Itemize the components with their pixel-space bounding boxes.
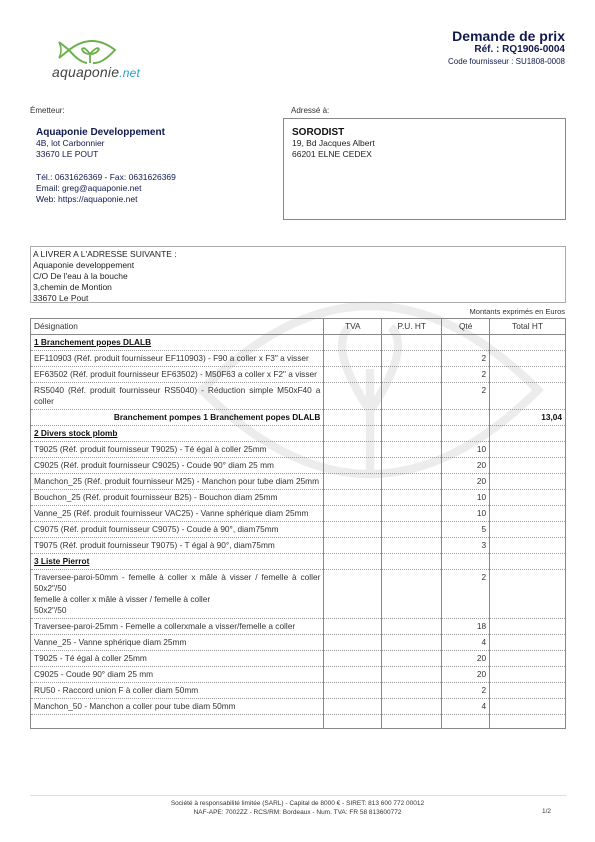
- cell-total: [490, 335, 566, 351]
- table-row: T9025 (Réf. produit fournisseur T9025) -…: [31, 442, 566, 458]
- cell-tva: [324, 383, 382, 410]
- recipient-block: SORODIST 19, Bd Jacques Albert 66201 ELN…: [283, 118, 566, 220]
- cell-qty: 10: [442, 442, 490, 458]
- cell-designation: C9075 (Réf. produit fournisseur C9075) -…: [31, 522, 324, 538]
- cell-total: [490, 351, 566, 367]
- cell-total: [490, 367, 566, 383]
- cell-total: [490, 651, 566, 667]
- cell-qty: 10: [442, 506, 490, 522]
- cell-tva: [324, 367, 382, 383]
- cell-tva: [324, 474, 382, 490]
- cell-tva: [324, 651, 382, 667]
- cell-pu: [382, 367, 442, 383]
- cell-tva: [324, 522, 382, 538]
- cell-qty: 3: [442, 538, 490, 554]
- sender-address1: 4B, lot Carbonnier: [36, 138, 278, 149]
- cell-designation: 2 Divers stock plomb: [31, 426, 324, 442]
- table-row: T9075 (Réf. produit fournisseur T9075) -…: [31, 538, 566, 554]
- sender-web: Web: https://aquaponie.net: [36, 194, 278, 205]
- cell-tva: [324, 554, 382, 570]
- cell-qty: 10: [442, 490, 490, 506]
- recipient-address1: 19, Bd Jacques Albert: [292, 138, 565, 149]
- cell-tva: [324, 426, 382, 442]
- cell-designation: EF63502 (Réf. produit fournisseur EF6350…: [31, 367, 324, 383]
- section-row: 2 Divers stock plomb: [31, 426, 566, 442]
- logo-wordmark: aquaponie.net: [52, 64, 140, 80]
- document-reference: Réf. : RQ1906-0004: [474, 44, 565, 55]
- cell-qty: [442, 410, 490, 426]
- cell-qty: 4: [442, 635, 490, 651]
- cell-tva: [324, 667, 382, 683]
- currency-note: Montants exprimés en Euros: [470, 307, 565, 316]
- footer-legal: Société à responsabilité limitée (SARL) …: [0, 799, 595, 817]
- cell-pu: [382, 683, 442, 699]
- cell-tva: [324, 619, 382, 635]
- cell-designation: Traversee-paroi-25mm - Femelle a collerx…: [31, 619, 324, 635]
- cell-tva: [324, 458, 382, 474]
- cell-tva: [324, 351, 382, 367]
- cell-tva: [324, 570, 382, 619]
- cell-pu: [382, 383, 442, 410]
- cell-qty: 18: [442, 619, 490, 635]
- cell-total: [490, 619, 566, 635]
- table-header-row: Désignation TVA P.U. HT Qté Total HT: [31, 319, 566, 335]
- document-title: Demande de prix: [452, 28, 565, 44]
- cell-tva: [324, 506, 382, 522]
- cell-total: [490, 683, 566, 699]
- delivery-line: Aquaponie developpement: [33, 260, 565, 271]
- footer-line1: Société à responsabilité limitée (SARL) …: [0, 799, 595, 808]
- cell-pu: [382, 538, 442, 554]
- cell-total: [490, 506, 566, 522]
- designation-text: Traversee-paroi-50mm - femelle à coller …: [34, 572, 320, 594]
- table-row: RS5040 (Réf. produit fournisseur RS5040)…: [31, 383, 566, 410]
- cell-designation: RS5040 (Réf. produit fournisseur RS5040)…: [31, 383, 324, 410]
- cell-tva: [324, 699, 382, 715]
- cell-tva: [324, 410, 382, 426]
- cell-pu: [382, 426, 442, 442]
- designation-extra-line: 50x2"/50: [34, 605, 320, 616]
- sender-label: Émetteur:: [30, 106, 65, 115]
- table-row: Vanne_25 (Réf. produit fournisseur VAC25…: [31, 506, 566, 522]
- cell-pu: [382, 335, 442, 351]
- header-pu: P.U. HT: [382, 319, 442, 335]
- cell-total: [490, 458, 566, 474]
- recipient-label: Adressé à:: [291, 106, 329, 115]
- footer-divider: [30, 795, 566, 796]
- supplier-code: Code fournisseur : SU1808-0008: [448, 57, 565, 66]
- cell-pu: [382, 699, 442, 715]
- table-row: Manchon_50 - Manchon a coller pour tube …: [31, 699, 566, 715]
- table-row: Manchon_25 (Réf. produit fournisseur M25…: [31, 474, 566, 490]
- delivery-line: 33670 Le Pout: [33, 293, 565, 304]
- cell-designation: Manchon_50 - Manchon a coller pour tube …: [31, 699, 324, 715]
- table-row: C9025 - Coude 90° diam 25 mm20: [31, 667, 566, 683]
- table-row: T9025 - Té égal à coller 25mm20: [31, 651, 566, 667]
- cell-designation: Vanne_25 (Réf. produit fournisseur VAC25…: [31, 506, 324, 522]
- sender-email: Email: greg@aquaponie.net: [36, 183, 278, 194]
- cell-total: [490, 474, 566, 490]
- cell-total: [490, 667, 566, 683]
- table-row: C9075 (Réf. produit fournisseur C9075) -…: [31, 522, 566, 538]
- table-row: Bouchon_25 (Réf. produit fournisseur B25…: [31, 490, 566, 506]
- cell-total: [490, 538, 566, 554]
- delivery-line: 3,chemin de Montion: [33, 282, 565, 293]
- cell-qty: 4: [442, 699, 490, 715]
- sender-address2: 33670 LE POUT: [36, 149, 278, 160]
- empty-cell: [490, 715, 566, 729]
- cell-pu: [382, 570, 442, 619]
- cell-total: [490, 554, 566, 570]
- cell-designation: Branchement pompes 1 Branchement popes D…: [31, 410, 324, 426]
- table-row: Traversee-paroi-25mm - Femelle a collerx…: [31, 619, 566, 635]
- table-row: Vanne_25 - Vanne sphérique diam 25mm4: [31, 635, 566, 651]
- cell-tva: [324, 635, 382, 651]
- cell-pu: [382, 651, 442, 667]
- table-row: C9025 (Réf. produit fournisseur C9025) -…: [31, 458, 566, 474]
- cell-designation: 1 Branchement popes DLALB: [31, 335, 324, 351]
- cell-pu: [382, 490, 442, 506]
- cell-pu: [382, 474, 442, 490]
- cell-total: [490, 442, 566, 458]
- delivery-line: C/O De l'eau à la bouche: [33, 271, 565, 282]
- cell-designation: EF110903 (Réf. produit fournisseur EF110…: [31, 351, 324, 367]
- cell-tva: [324, 683, 382, 699]
- empty-cell: [442, 715, 490, 729]
- cell-tva: [324, 442, 382, 458]
- cell-designation: T9025 - Té égal à coller 25mm: [31, 651, 324, 667]
- designation-extra-line: femelle à coller x mâle à visser / femel…: [34, 594, 320, 605]
- empty-cell: [382, 715, 442, 729]
- cell-pu: [382, 410, 442, 426]
- cell-total: 13,04: [490, 410, 566, 426]
- cell-pu: [382, 442, 442, 458]
- cell-designation: Vanne_25 - Vanne sphérique diam 25mm: [31, 635, 324, 651]
- cell-qty: 20: [442, 667, 490, 683]
- cell-qty: 5: [442, 522, 490, 538]
- cell-qty: 2: [442, 367, 490, 383]
- footer-line2: NAF-APE: 7002ZZ - RCS/RM: Bordeaux - Num…: [0, 808, 595, 817]
- delivery-line: A LIVRER A L'ADRESSE SUIVANTE :: [33, 249, 565, 260]
- header-tva: TVA: [324, 319, 382, 335]
- cell-tva: [324, 335, 382, 351]
- cell-designation: T9075 (Réf. produit fournisseur T9075) -…: [31, 538, 324, 554]
- cell-total: [490, 490, 566, 506]
- items-table: Désignation TVA P.U. HT Qté Total HT 1 B…: [30, 318, 566, 729]
- cell-qty: 2: [442, 570, 490, 619]
- cell-pu: [382, 458, 442, 474]
- cell-tva: [324, 490, 382, 506]
- recipient-name: SORODIST: [292, 127, 565, 138]
- delivery-address-block: A LIVRER A L'ADRESSE SUIVANTE : Aquaponi…: [30, 246, 566, 303]
- section-row: 3 Liste Pierrot: [31, 554, 566, 570]
- cell-pu: [382, 619, 442, 635]
- empty-cell: [31, 715, 324, 729]
- cell-tva: [324, 538, 382, 554]
- cell-total: [490, 522, 566, 538]
- cell-designation: RU50 - Raccord union F à coller diam 50m…: [31, 683, 324, 699]
- cell-pu: [382, 506, 442, 522]
- page-number: 1/2: [542, 808, 551, 815]
- cell-qty: 2: [442, 683, 490, 699]
- cell-total: [490, 570, 566, 619]
- cell-qty: [442, 335, 490, 351]
- table-row: EF63502 (Réf. produit fournisseur EF6350…: [31, 367, 566, 383]
- table-row: RU50 - Raccord union F à coller diam 50m…: [31, 683, 566, 699]
- cell-designation: Bouchon_25 (Réf. produit fournisseur B25…: [31, 490, 324, 506]
- cell-qty: [442, 554, 490, 570]
- table-end-row: [31, 715, 566, 729]
- cell-designation: 3 Liste Pierrot: [31, 554, 324, 570]
- cell-designation: Traversee-paroi-50mm - femelle à coller …: [31, 570, 324, 619]
- cell-pu: [382, 351, 442, 367]
- cell-pu: [382, 522, 442, 538]
- cell-qty: [442, 426, 490, 442]
- table-row: Traversee-paroi-50mm - femelle à coller …: [31, 570, 566, 619]
- cell-total: [490, 699, 566, 715]
- section-row: 1 Branchement popes DLALB: [31, 335, 566, 351]
- cell-pu: [382, 635, 442, 651]
- subtotal-row: Branchement pompes 1 Branchement popes D…: [31, 410, 566, 426]
- header-designation: Désignation: [31, 319, 324, 335]
- sender-name: Aquaponie Developpement: [36, 127, 278, 138]
- cell-total: [490, 426, 566, 442]
- cell-designation: T9025 (Réf. produit fournisseur T9025) -…: [31, 442, 324, 458]
- header-qty: Qté: [442, 319, 490, 335]
- cell-pu: [382, 667, 442, 683]
- cell-designation: C9025 (Réf. produit fournisseur C9025) -…: [31, 458, 324, 474]
- cell-qty: 20: [442, 458, 490, 474]
- recipient-address2: 66201 ELNE CEDEX: [292, 149, 565, 160]
- cell-pu: [382, 554, 442, 570]
- cell-qty: 2: [442, 351, 490, 367]
- sender-block: Aquaponie Developpement 4B, lot Carbonni…: [30, 118, 278, 218]
- fish-sprout-logo-icon: [57, 36, 119, 66]
- cell-qty: 2: [442, 383, 490, 410]
- cell-qty: 20: [442, 651, 490, 667]
- company-logo: aquaponie.net: [52, 36, 142, 88]
- sender-phone: Tél.: 0631626369 - Fax: 0631626369: [36, 172, 278, 183]
- table-row: EF110903 (Réf. produit fournisseur EF110…: [31, 351, 566, 367]
- cell-total: [490, 635, 566, 651]
- cell-qty: 20: [442, 474, 490, 490]
- cell-total: [490, 383, 566, 410]
- cell-designation: C9025 - Coude 90° diam 25 mm: [31, 667, 324, 683]
- cell-designation: Manchon_25 (Réf. produit fournisseur M25…: [31, 474, 324, 490]
- header-total: Total HT: [490, 319, 566, 335]
- empty-cell: [324, 715, 382, 729]
